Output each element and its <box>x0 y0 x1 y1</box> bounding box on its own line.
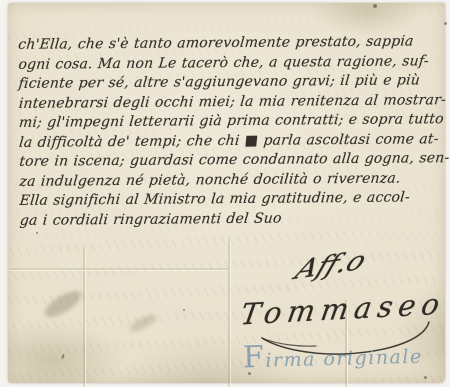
letter-line: ga i cordiali ringraziamenti del Suo <box>19 208 447 231</box>
foxing-speck <box>183 309 185 311</box>
archival-note: Firma originale <box>243 336 423 376</box>
scanned-letter: ch'Ella, che s'è tanto amorevolmente pre… <box>0 0 450 387</box>
foxing-speck <box>444 22 447 25</box>
foxing-speck <box>373 4 377 8</box>
letter-body: ch'Ella, che s'è tanto amorevolmente pre… <box>18 32 446 231</box>
foxing-speck <box>424 376 427 379</box>
foxing-speck <box>36 232 38 234</box>
